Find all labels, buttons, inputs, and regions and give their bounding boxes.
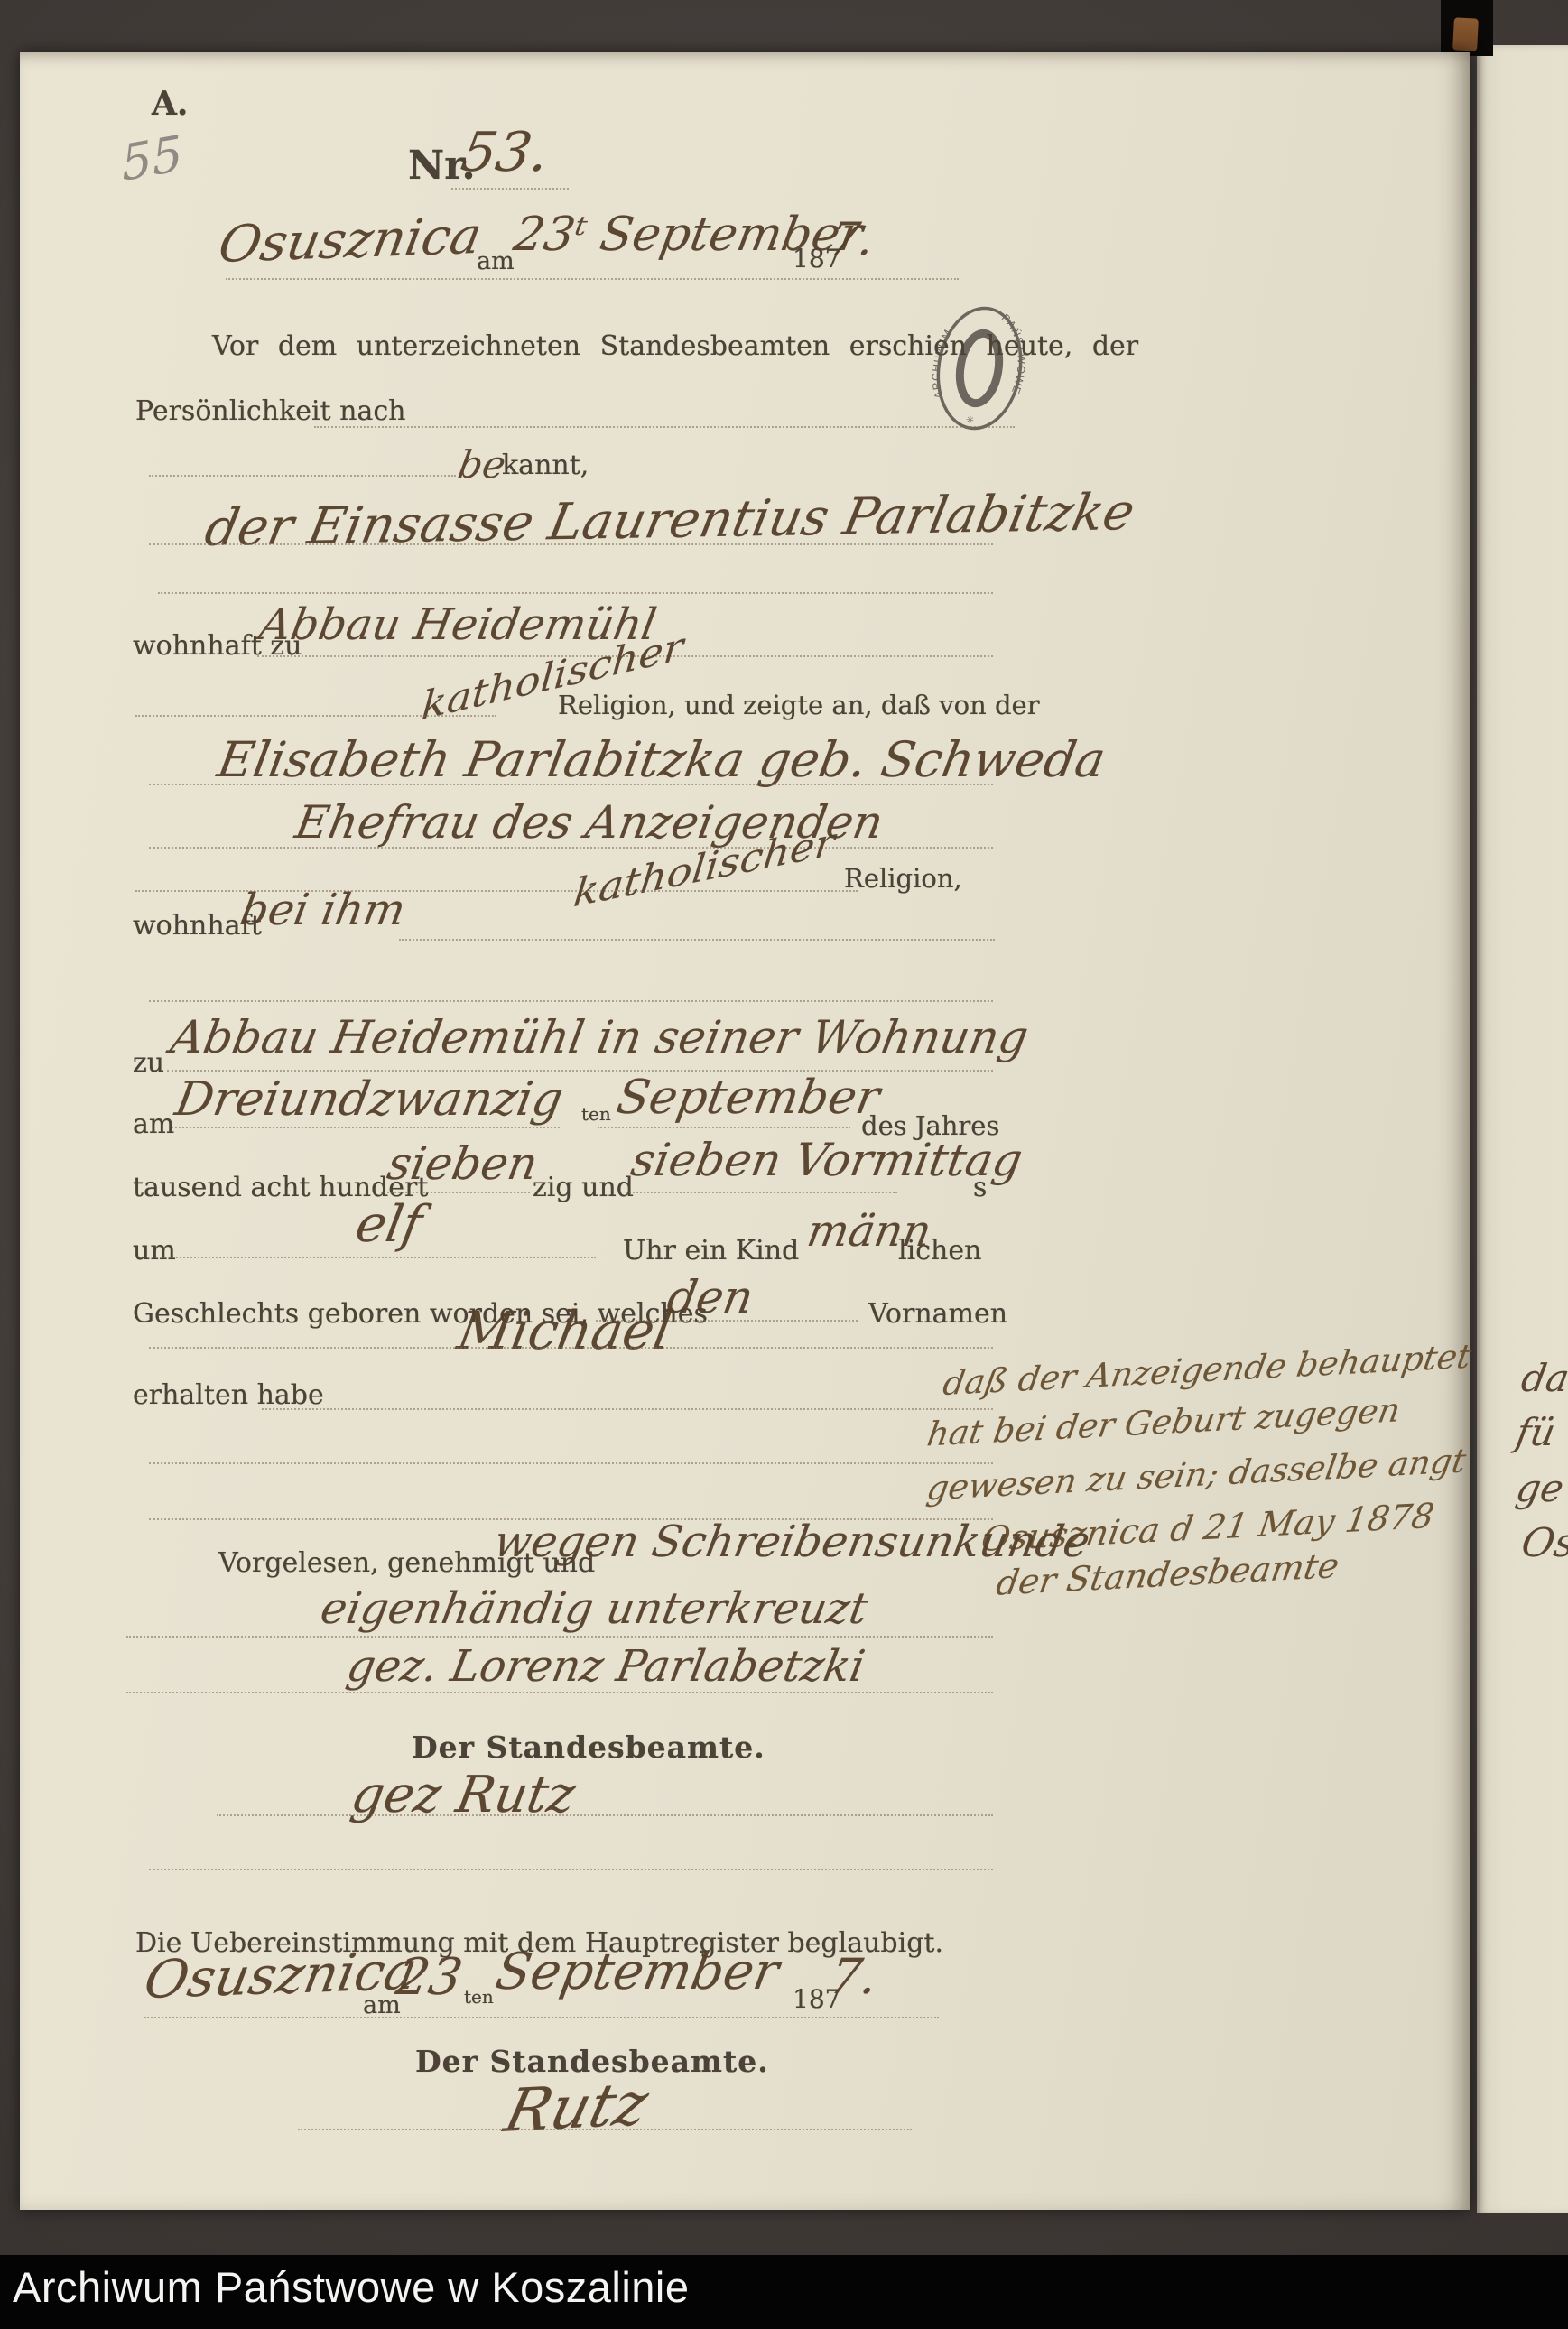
registrar-signature-2: Rutz xyxy=(498,2069,655,2146)
dotted-rule xyxy=(262,1408,993,1410)
residence2-value: bei ihm xyxy=(237,885,409,935)
bekannt-printed: kannt, xyxy=(502,450,589,481)
place-name: Osusznica xyxy=(214,207,486,274)
dotted-rule xyxy=(314,426,1015,428)
religion1-label: Religion, und zeigte an, daß von der xyxy=(558,690,1040,720)
zu-label: zu xyxy=(133,1047,164,1079)
ten-suffix: ten xyxy=(581,1103,611,1125)
dotted-rule xyxy=(172,1127,560,1128)
dotted-rule xyxy=(158,592,993,594)
archive-stamp: ARCHIWUM PAŃSTWOWE ✳ xyxy=(923,295,1035,441)
cert-year-handwritten: 7. xyxy=(825,1948,882,2005)
den-handwritten: den xyxy=(663,1271,757,1323)
dotted-rule xyxy=(149,784,993,785)
next-page-text-fragment: da xyxy=(1518,1356,1568,1400)
form-letter: A. xyxy=(152,85,188,123)
closing-unterkreuzt: eigenhändig unterkreuzt xyxy=(317,1583,872,1634)
birth-month: September xyxy=(613,1071,884,1125)
record-number: 53. xyxy=(457,121,554,184)
mother-name: Elisabeth Parlabitzka geb. Schweda xyxy=(213,731,1109,788)
dotted-rule xyxy=(451,188,569,190)
dotted-rule xyxy=(149,1869,993,1870)
dotted-rule xyxy=(149,543,993,545)
document-page: A. 55 Nr. 53. Osusznica am 23ᵗ September… xyxy=(20,52,1470,2210)
lichen-label: lichen xyxy=(898,1235,981,1267)
erhalten-habe-label: erhalten habe xyxy=(133,1379,324,1411)
year-units-daytime: sieben Vormittag xyxy=(627,1134,1026,1186)
standesbeamte-label: Der Standesbeamte. xyxy=(412,1730,765,1765)
cert-day: 23 xyxy=(392,1948,467,2007)
child-name: Michael xyxy=(453,1300,676,1361)
declarant-name: der Einsasse Laurentius Parlabitzke xyxy=(200,483,1139,558)
closing-reason: wegen Schreibensunkunde xyxy=(490,1517,1094,1567)
wooden-peg xyxy=(1452,17,1479,51)
cert-ten-suffix: ten xyxy=(464,1986,494,2008)
dotted-rule xyxy=(144,2017,939,2018)
dotted-rule xyxy=(399,939,995,941)
persoenlichkeit-label: Persönlichkeit nach xyxy=(135,395,405,427)
am-label: am xyxy=(477,247,515,275)
intro-line: Vor dem unterzeichneten Standesbeamten e… xyxy=(212,330,1138,362)
birth-place: Abbau Heidemühl in seiner Wohnung xyxy=(167,1011,1033,1063)
dotted-rule xyxy=(149,1462,993,1464)
birth-hour: elf xyxy=(351,1195,426,1254)
dotted-rule xyxy=(126,1692,993,1693)
next-page-text-fragment: ge xyxy=(1513,1466,1567,1510)
next-page-text-fragment: fü xyxy=(1513,1410,1559,1454)
dotted-rule xyxy=(226,278,959,280)
dotted-rule xyxy=(149,1347,993,1349)
next-page-text-fragment: Os xyxy=(1518,1520,1568,1566)
dotted-rule xyxy=(598,1127,850,1128)
religion2-label: Religion, xyxy=(844,863,962,894)
zig-und-label: zig und xyxy=(533,1172,634,1203)
year-decade: sieben xyxy=(384,1137,542,1190)
dotted-rule xyxy=(162,1257,596,1258)
cert-month: September xyxy=(491,1943,783,2001)
year-handwritten: 7. xyxy=(826,213,878,265)
archival-scan: da fü ge Os A. 55 Nr. 53. Osusznica am 2… xyxy=(0,0,1568,2329)
dotted-rule xyxy=(217,1814,993,1816)
stamp-star: ✳ xyxy=(965,413,975,426)
margin-note-line: hat bei der Geburt zugegen xyxy=(924,1390,1403,1453)
vornamen-label: Vornamen xyxy=(868,1298,1007,1330)
s-suffix: s xyxy=(973,1172,987,1203)
dotted-rule xyxy=(149,847,993,849)
am-label: am xyxy=(133,1109,174,1140)
residence-value: Abbau Heidemühl xyxy=(255,599,660,650)
birth-day: Dreiundzwanzig xyxy=(172,1072,568,1127)
dotted-rule xyxy=(149,475,456,477)
um-label: um xyxy=(133,1235,176,1267)
dotted-rule xyxy=(149,1000,993,1002)
dotted-rule xyxy=(126,1636,993,1638)
pencil-number: 55 xyxy=(119,125,184,192)
bekannt-handwritten: be xyxy=(455,442,509,487)
closing-gez-name: gez. Lorenz Parlabetzki xyxy=(343,1641,868,1692)
dotted-rule xyxy=(626,1192,897,1193)
uhr-ein-kind-label: Uhr ein Kind xyxy=(623,1235,799,1267)
dotted-rule xyxy=(381,1192,530,1193)
archive-caption: Archiwum Państwowe w Koszalinie xyxy=(13,2262,690,2312)
dotted-rule xyxy=(135,715,496,717)
dotted-rule xyxy=(298,2129,912,2130)
next-page-edge: da fü ge Os xyxy=(1477,45,1568,2213)
